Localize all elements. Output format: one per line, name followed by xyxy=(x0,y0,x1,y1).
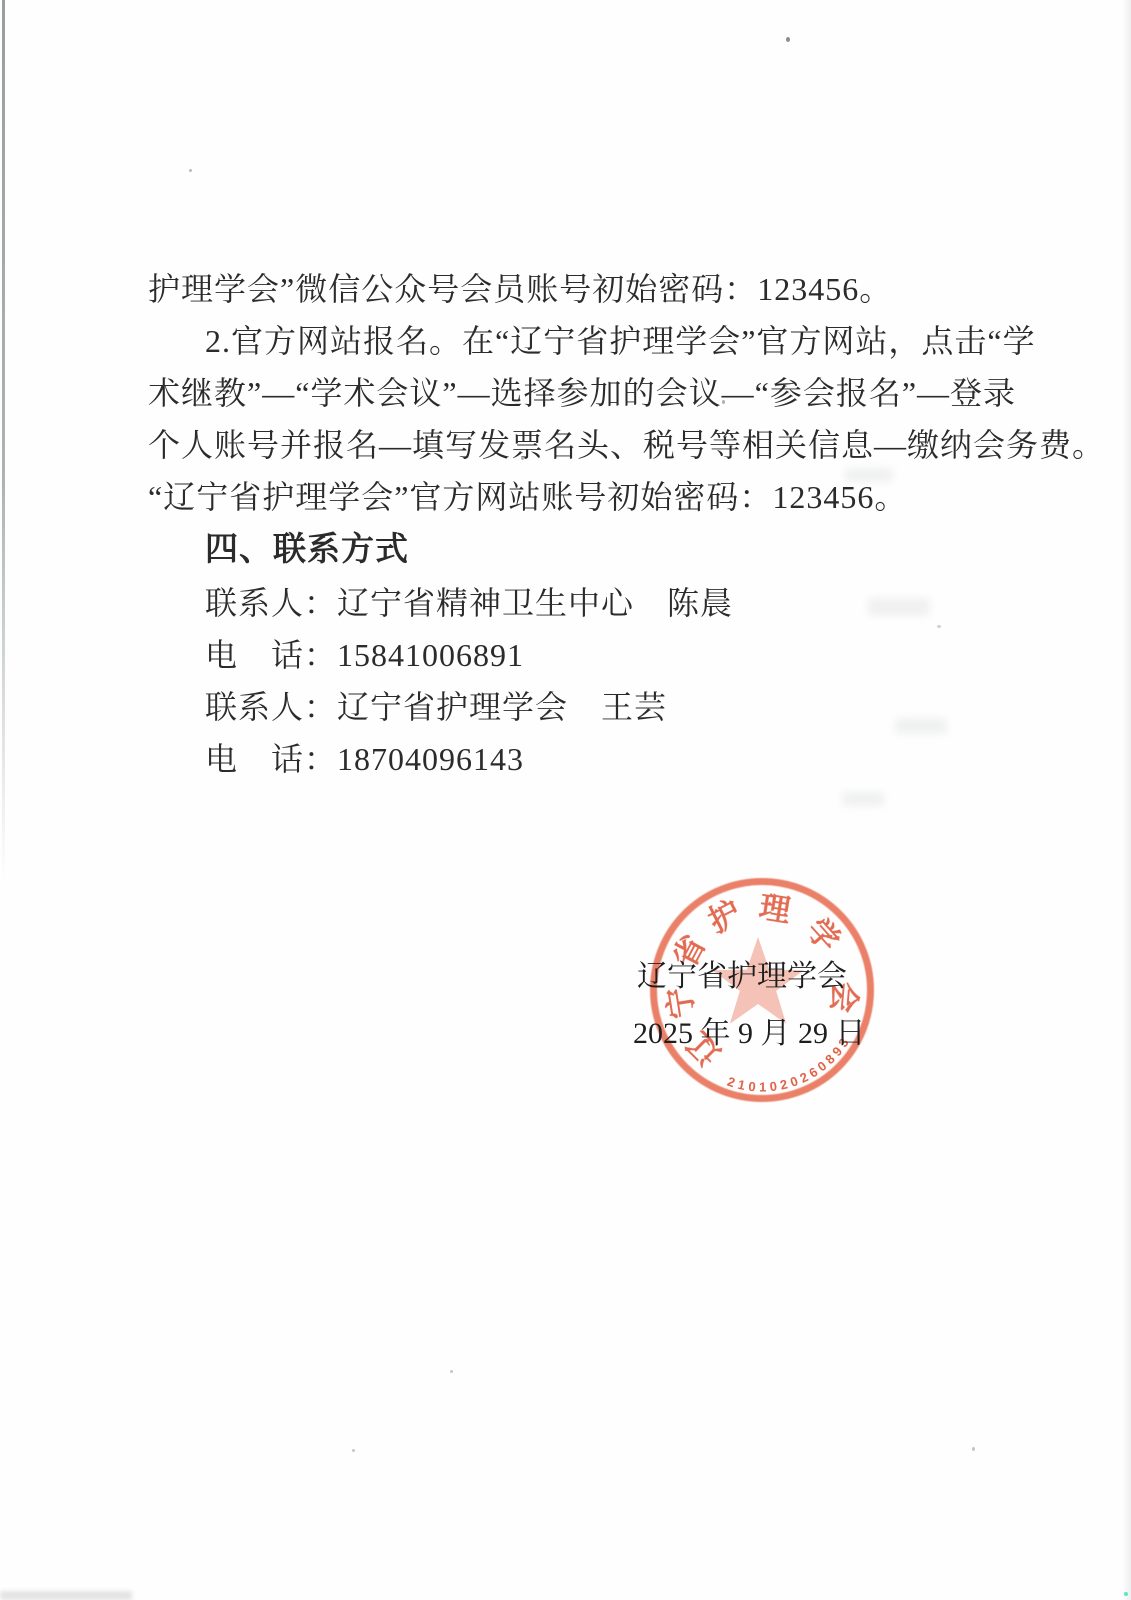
signature-date: 2025 年 9 月 29 日 xyxy=(633,1008,866,1052)
scan-speck xyxy=(1124,1592,1128,1596)
contact-value: 18704096143 xyxy=(337,741,524,777)
contact-label: 联系人： xyxy=(205,585,337,621)
body-line-2: 2.官方网站报名。在“辽宁省护理学会”官方网站，点击“学 xyxy=(205,324,1105,370)
section-heading: 四、联系方式 xyxy=(205,533,1105,579)
contact-label: 联系人： xyxy=(205,689,337,725)
scan-edge-shadow xyxy=(1122,0,1131,1600)
scan-speck xyxy=(450,1370,453,1373)
scan-smudge xyxy=(0,1591,132,1600)
body-line-4: 个人账号并报名—填写发票名头、税号等相关信息—缴纳会务费。 xyxy=(148,428,1048,474)
seal-serial-digit: 1 xyxy=(759,1079,766,1094)
bleedthrough-mark xyxy=(842,792,884,806)
contact-value: 15841006891 xyxy=(337,637,524,673)
contact-label: 电 话： xyxy=(205,741,337,777)
seal-serial-digit: 0 xyxy=(748,1079,757,1095)
contact-line: 联系人：辽宁省精神卫生中心 陈晨 xyxy=(205,586,1105,632)
contact-line: 电 话：18704096143 xyxy=(205,742,1105,788)
contact-value: 辽宁省精神卫生中心 陈晨 xyxy=(337,585,733,621)
scanned-document-page: 护理学会”微信公众号会员账号初始密码：123456。 2.官方网站报名。在“辽宁… xyxy=(0,0,1131,1600)
contact-line: 联系人：辽宁省护理学会 王芸 xyxy=(205,690,1105,736)
body-line-5: “辽宁省护理学会”官方网站账号初始密码：123456。 xyxy=(148,480,1048,526)
body-line-3: 术继教”—“学术会议”—选择参加的会议—“参会报名”—登录 xyxy=(148,376,1048,422)
scan-edge-line xyxy=(2,0,5,880)
scan-speck xyxy=(786,37,790,42)
scan-speck xyxy=(972,1447,975,1451)
contact-value: 辽宁省护理学会 王芸 xyxy=(337,689,667,725)
contact-line: 电 话：15841006891 xyxy=(205,638,1105,684)
scan-speck xyxy=(189,169,192,172)
scan-speck xyxy=(352,1449,355,1452)
body-line-1: 护理学会”微信公众号会员账号初始密码：123456。 xyxy=(148,272,1048,318)
contact-label: 电 话： xyxy=(205,637,337,673)
signature-org: 辽宁省护理学会 xyxy=(637,951,847,995)
